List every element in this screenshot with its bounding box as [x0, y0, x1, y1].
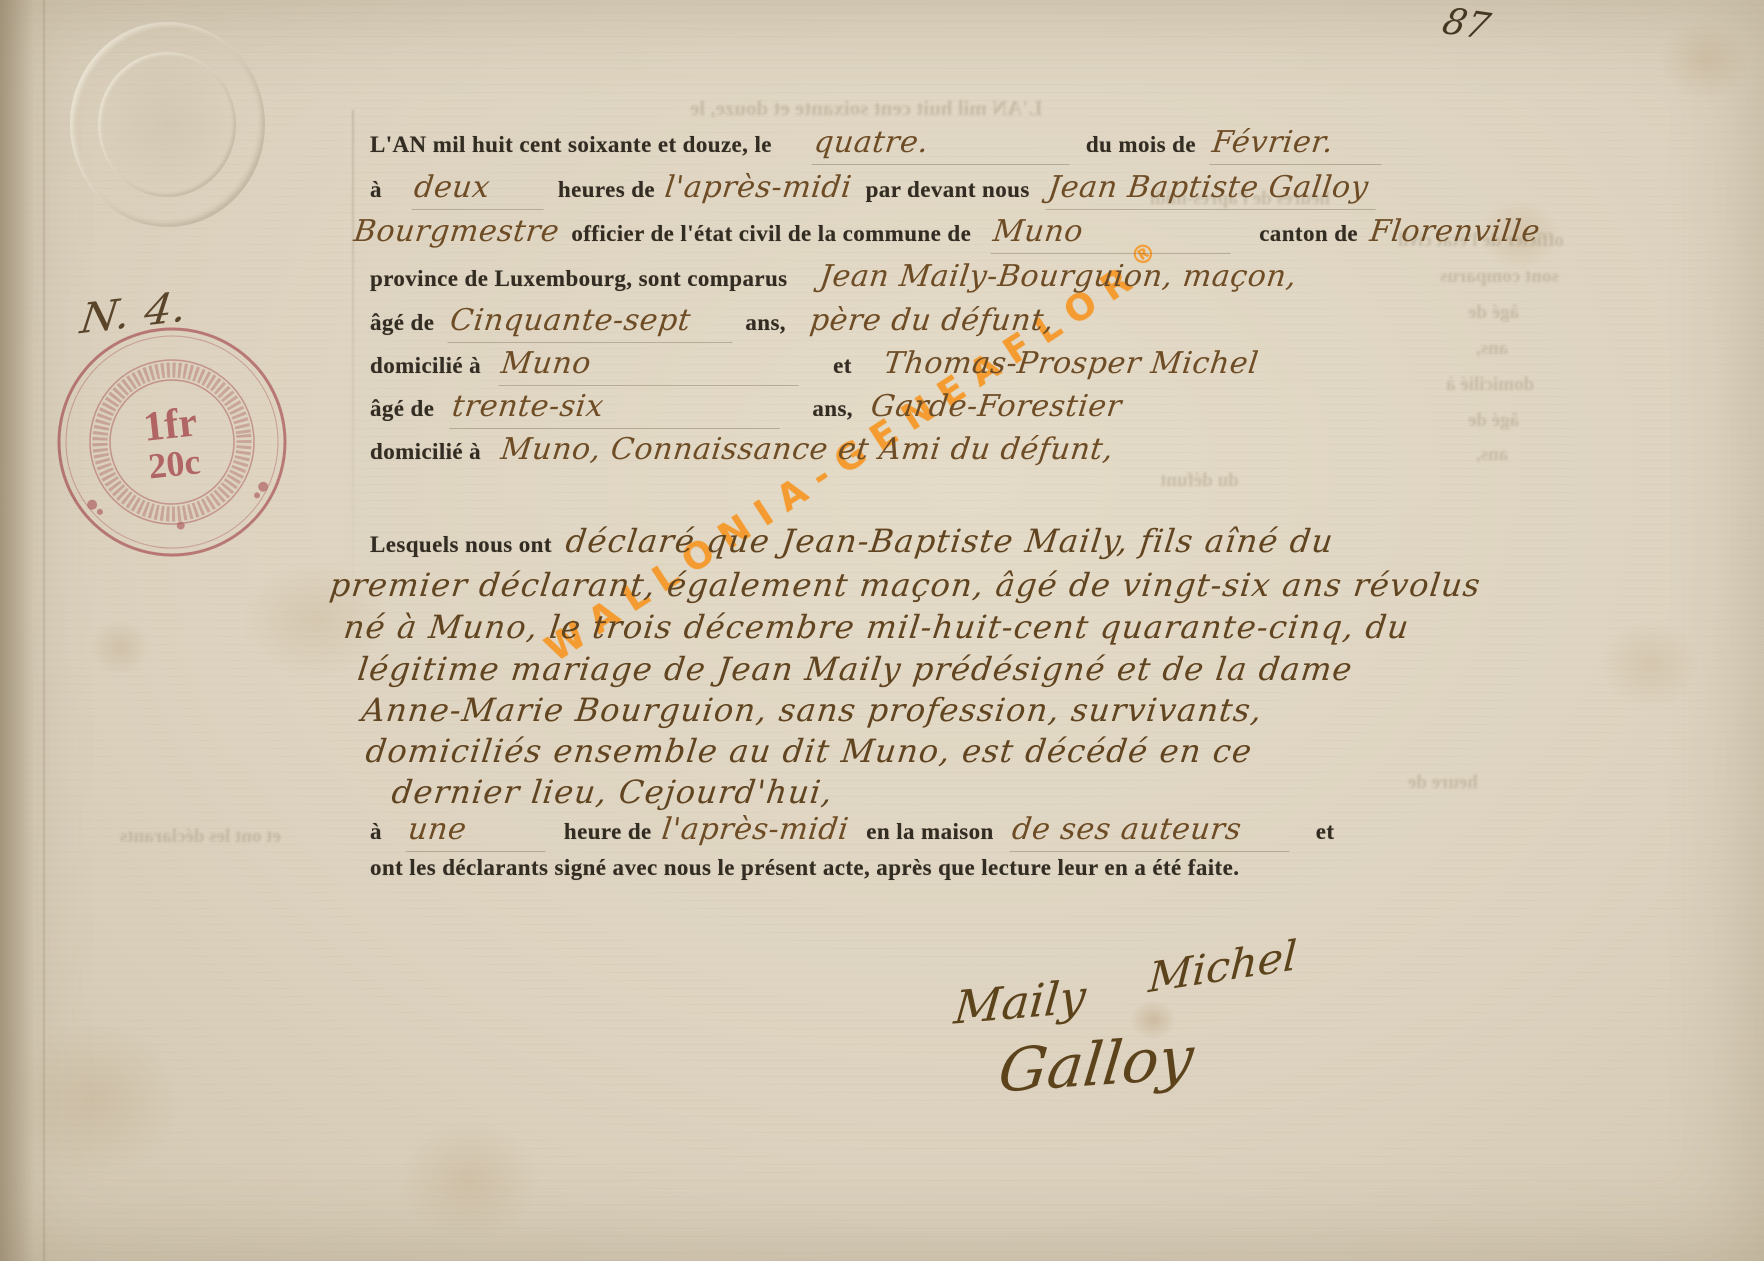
paper-stain — [400, 1120, 540, 1240]
handwritten-entry-canton: Florenville — [1368, 214, 1542, 249]
act-line-comparus: province de Luxembourg, sont comparus Je… — [370, 259, 1296, 294]
handwritten-entry-declarant2: Thomas-Prosper Michel — [882, 346, 1261, 381]
act-line-para3: légitime mariage de Jean Maily prédésign… — [358, 650, 1353, 688]
act-line-date: L'AN mil huit cent soixante et douze, le… — [370, 125, 1384, 165]
printed-text: par devant nous — [866, 177, 1030, 202]
handwritten-paragraph: légitime mariage de Jean Maily prédésign… — [356, 650, 1355, 688]
handwritten-entry-officer-title: Bourgmestre — [352, 214, 562, 249]
act-line-death-hour: à une heure de l'après-midi en la maison… — [370, 812, 1334, 852]
embossed-seal — [70, 22, 265, 227]
act-line-age1: âgé de Cinquante-sept ans, père du défun… — [370, 303, 1054, 343]
act-line-officer: Bourgmestre officier de l'état civil de … — [354, 214, 1540, 254]
act-line-para1: premier déclarant, également maçon, âgé … — [330, 566, 1481, 604]
handwritten-entry-death-hour: une — [405, 812, 550, 852]
handwritten-entry-month: Février. — [1209, 125, 1386, 165]
printed-text: et — [1316, 819, 1335, 844]
printed-text: officier de l'état civil de la commune d… — [571, 221, 971, 246]
handwritten-entry-death-place: de ses auteurs — [1009, 812, 1294, 852]
stamp-value-bottom: 20c — [146, 441, 202, 486]
act-line-hour: à deux heures de l'après-midi par devant… — [370, 170, 1378, 210]
document-page: 87 N. 4. TIMBRE DE DIMENSION. 1fr 20c WA… — [0, 0, 1764, 1261]
paper-stain — [90, 620, 150, 675]
handwritten-entry-domicile2: Muno, Connaissance et Ami du défunt, — [499, 432, 1116, 467]
handwritten-entry-commune: Muno — [991, 214, 1236, 254]
bleedthrough-text: âgé de — [1468, 302, 1519, 324]
bleedthrough-text: L'AN mil huit cent soixante et douze, le — [690, 96, 1042, 121]
act-line-domicile1: domicilié à Muno et Thomas-Prosper Miche… — [370, 346, 1258, 386]
act-line-para5: domiciliés ensemble au dit Muno, est déc… — [366, 732, 1252, 770]
handwritten-entry-age1: Cinquante-sept — [448, 303, 738, 343]
act-line-para4: Anne-Marie Bourguion, sans profession, s… — [362, 691, 1262, 729]
paper-stain — [1600, 620, 1700, 710]
printed-text: domicilié à — [370, 353, 481, 378]
act-line-closing: ont les déclarants signé avec nous le pr… — [370, 855, 1239, 881]
printed-text: ans, — [745, 310, 786, 335]
printed-text: à — [370, 177, 382, 202]
printed-text: du mois de — [1086, 132, 1196, 157]
printed-text: canton de — [1259, 221, 1358, 246]
bleedthrough-text: du défunt — [1160, 470, 1239, 492]
handwritten-paragraph: domiciliés ensemble au dit Muno, est déc… — [364, 732, 1255, 770]
bleedthrough-text: sont comparus — [1440, 266, 1559, 288]
printed-text: et — [833, 353, 852, 378]
embossed-seal-center — [98, 52, 236, 197]
handwritten-entry-ampm: l'après-midi — [663, 170, 854, 205]
printed-text: heures de — [558, 177, 655, 202]
printed-text: âgé de — [370, 396, 434, 421]
handwritten-entry-relation1: père du défunt, — [808, 303, 1056, 338]
signature-maily: Maily — [952, 969, 1088, 1034]
bleedthrough-text: ans, — [1476, 338, 1508, 360]
handwritten-paragraph: Anne-Marie Bourguion, sans profession, s… — [360, 691, 1265, 729]
printed-text: domicilié à — [370, 439, 481, 464]
bleedthrough-text: ans, — [1476, 444, 1508, 466]
handwritten-paragraph: dernier lieu, Cejourd'hui, — [390, 773, 836, 811]
printed-text: âgé de — [370, 310, 434, 335]
act-line-para6: dernier lieu, Cejourd'hui, — [392, 773, 833, 811]
paper-crease — [352, 110, 354, 630]
printed-text: L'AN mil huit cent soixante et douze, le — [370, 132, 772, 157]
printed-text: heure de — [564, 819, 652, 844]
printed-text: ans, — [812, 396, 853, 421]
page-gutter-shadow — [0, 0, 70, 1261]
handwritten-entry-declarant1: Jean Maily-Bourguion, maçon, — [817, 259, 1298, 294]
handwritten-entry-profession2: Garde-Forestier — [869, 389, 1124, 424]
handwritten-entry-hour: deux — [411, 170, 548, 210]
handwritten-entry-officer-name: Jean Baptiste Galloy — [1045, 170, 1380, 210]
signature-michel: Michel — [1147, 931, 1298, 1002]
printed-text: Lesquels nous ont — [370, 532, 552, 557]
handwritten-declaration: déclaré que Jean-Baptiste Maily, fils aî… — [564, 522, 1336, 560]
bleedthrough-text: âgé de — [1468, 410, 1519, 432]
signature-galloy: Galloy — [995, 1023, 1196, 1106]
handwritten-entry-age2: trente-six — [450, 389, 785, 429]
act-line-para2: né à Muno, le trois décembre mil-huit-ce… — [344, 608, 1409, 646]
handwritten-entry-domicile1: Muno — [499, 346, 804, 386]
printed-text: à — [370, 819, 382, 844]
act-line-declaration: Lesquels nous ont déclaré que Jean-Bapti… — [370, 522, 1334, 560]
printed-text: en la maison — [866, 819, 993, 844]
handwritten-entry-death-ampm: l'après-midi — [660, 812, 851, 847]
page-number: 87 — [1438, 1, 1495, 48]
act-line-domicile2: domicilié à Muno, Connaissance et Ami du… — [370, 432, 1113, 467]
printed-text: province de Luxembourg, sont comparus — [370, 266, 788, 291]
bleedthrough-text: domicilié à — [1446, 374, 1534, 396]
handwritten-paragraph: premier déclarant, également maçon, âgé … — [328, 566, 1484, 604]
handwritten-paragraph: né à Muno, le trois décembre mil-huit-ce… — [342, 608, 1412, 646]
handwritten-entry-day: quatre. — [811, 125, 1074, 165]
printed-text: ont les déclarants signé avec nous le pr… — [370, 855, 1239, 880]
page-gutter-line — [43, 0, 45, 1261]
paper-stain — [1660, 20, 1750, 100]
act-line-age2: âgé de trente-six ans, Garde-Forestier — [370, 389, 1122, 429]
bleedthrough-text: et ont les déclarants — [120, 826, 281, 848]
bleedthrough-text: heure de — [1408, 772, 1478, 794]
revenue-stamp: TIMBRE DE DIMENSION. 1fr 20c — [34, 304, 311, 581]
